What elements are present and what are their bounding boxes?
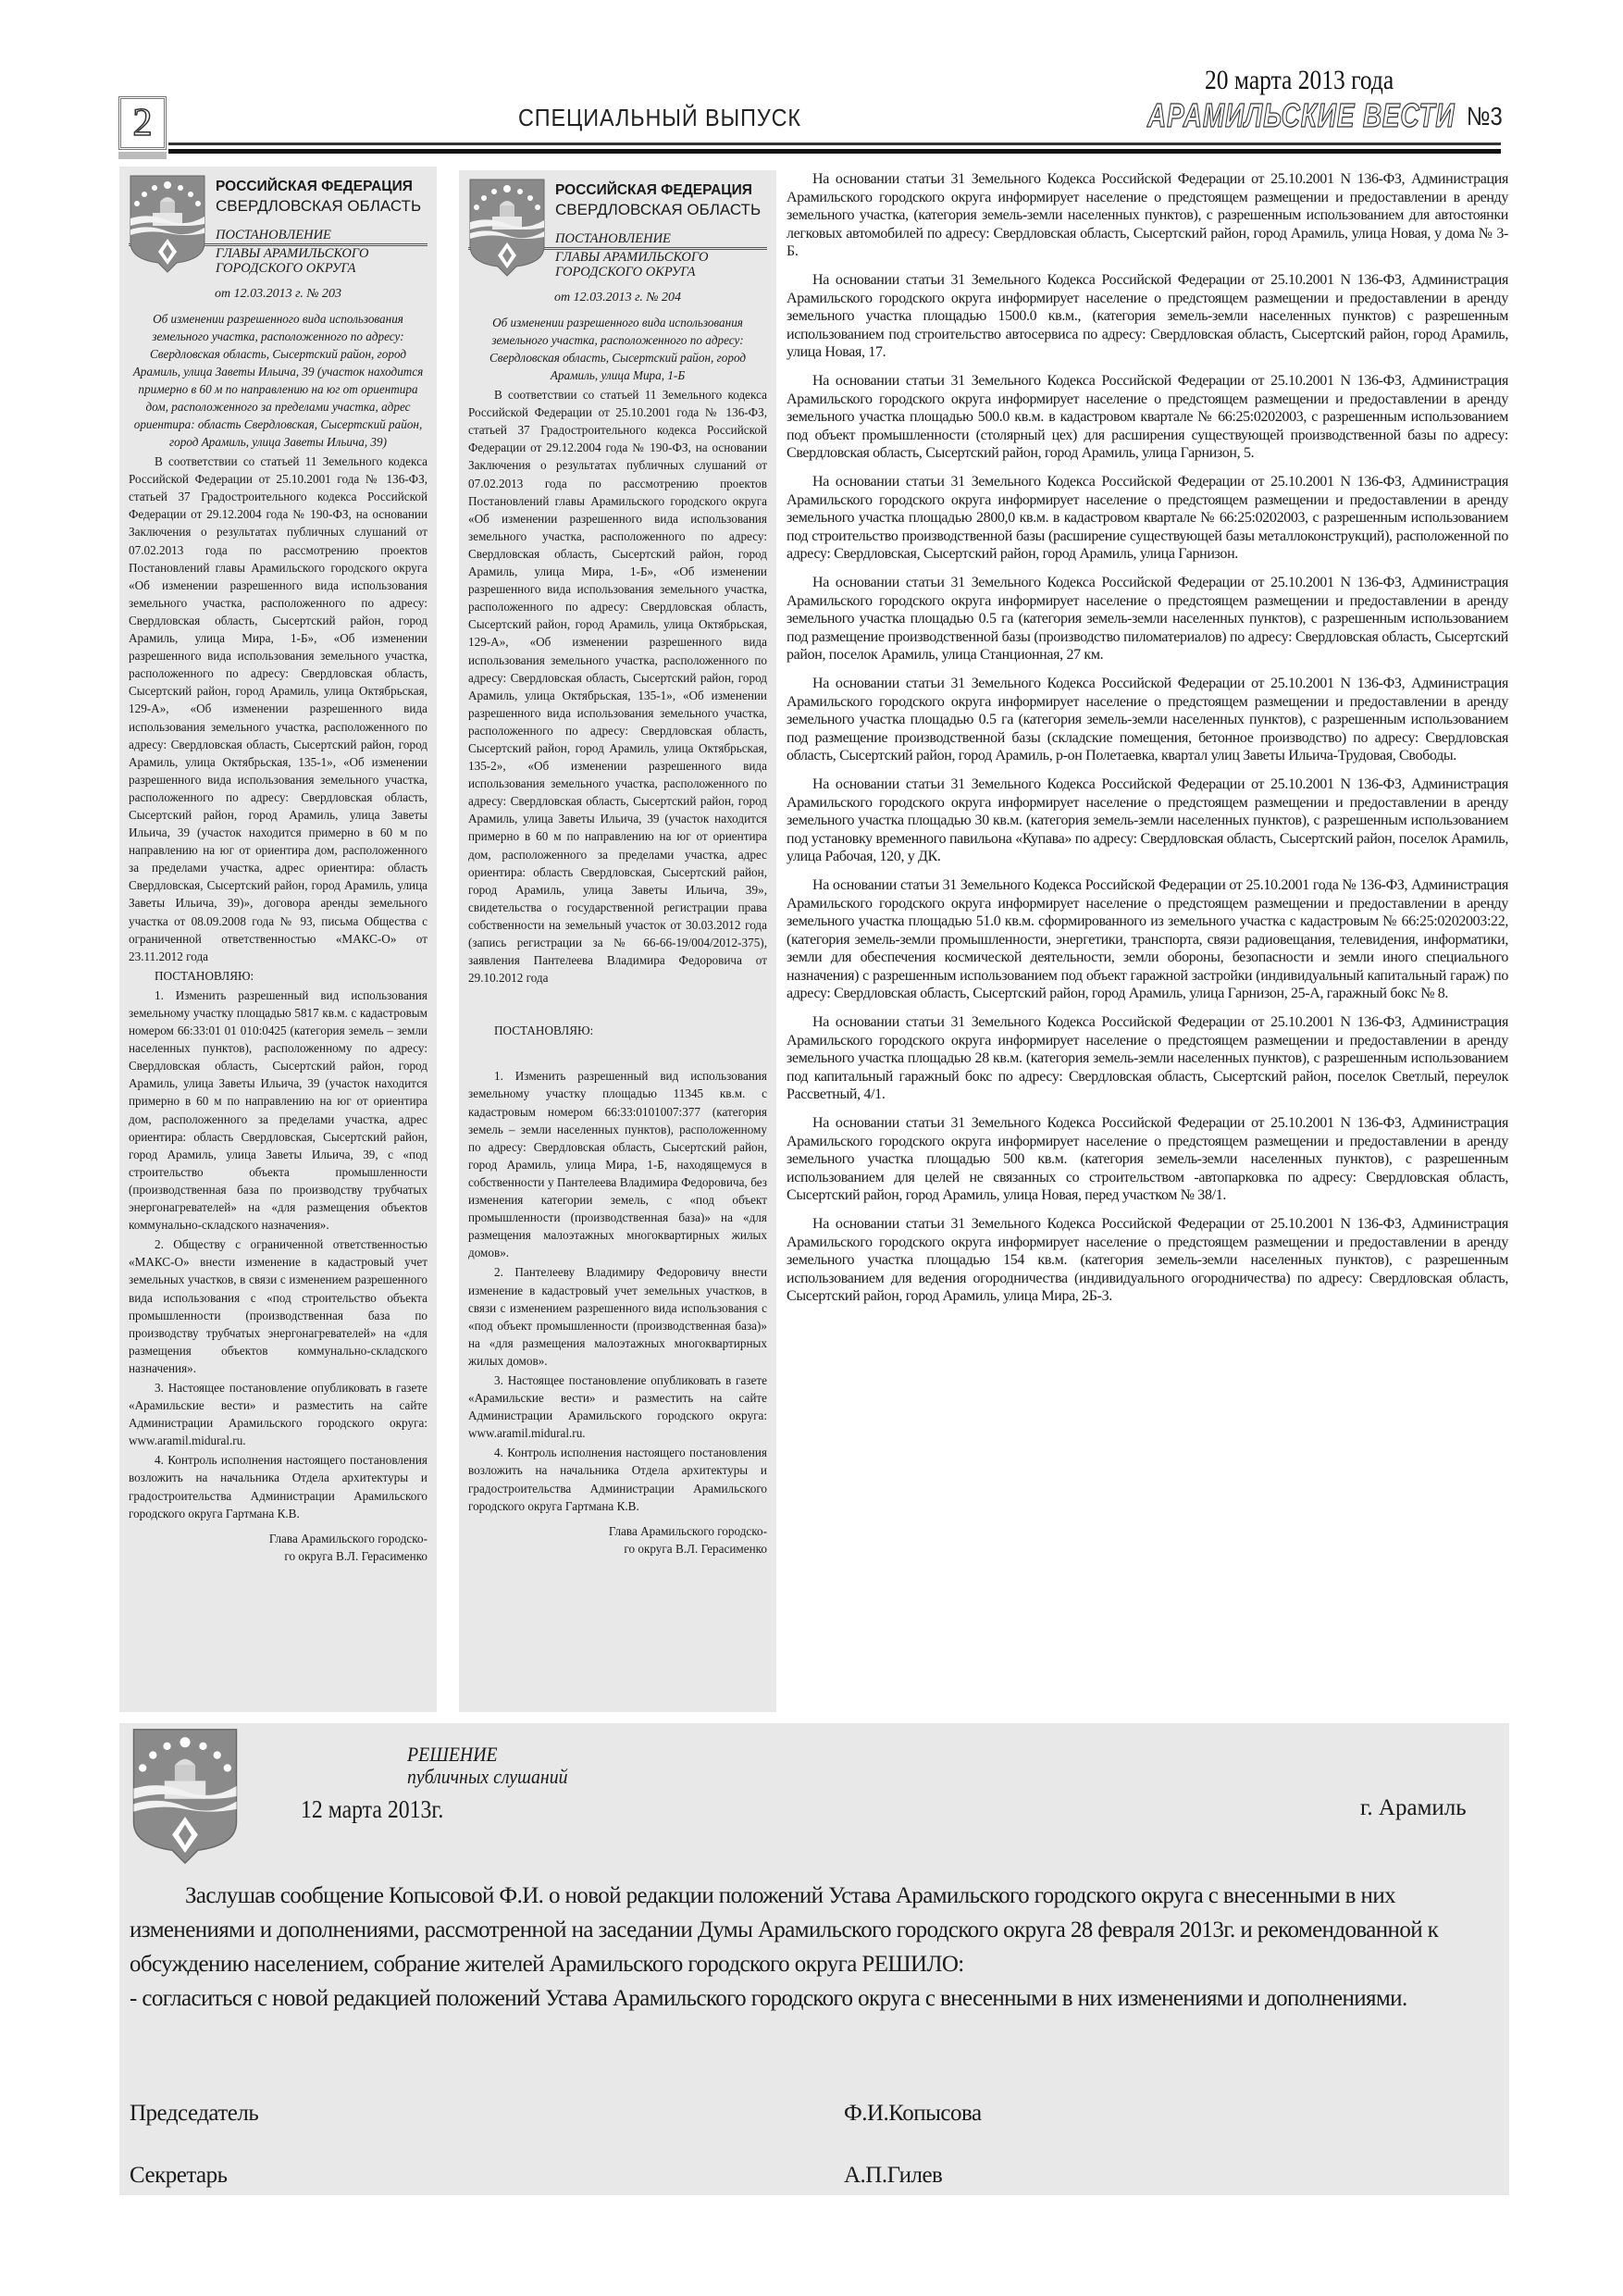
decree-item: 1. Изменить разрешенный вид использовани…	[129, 987, 427, 1234]
issue-date: 20 марта 2013 года	[1205, 65, 1394, 96]
coat-of-arms-icon	[126, 1727, 244, 1866]
decree-item: 4. Контроль исполнения настоящего постан…	[468, 1444, 767, 1514]
signature-name-chairman: Ф.И.Копысова	[844, 2101, 982, 2127]
notice-paragraph: На основании статьи 31 Земельного Кодекс…	[787, 1114, 1508, 1205]
decree-signature: Глава Арамильского городско- го округа В…	[129, 1530, 427, 1565]
decree-date-number: от 12.03.2013 г. № 203	[129, 285, 427, 303]
decree-item: 1. Изменить разрешенный вид использовани…	[468, 1067, 767, 1261]
decree-203: РОССИЙСКАЯ ФЕДЕРАЦИЯ СВЕРДЛОВСКАЯ ОБЛАСТ…	[119, 167, 437, 1712]
header-rule-thick	[168, 149, 1501, 154]
decree-resolve: ПОСТАНОВЛЯЮ:	[129, 967, 427, 985]
resolution-title: РЕШЕНИЕ	[407, 1744, 568, 1766]
decree-item: 4. Контроль исполнения настоящего постан…	[129, 1451, 427, 1521]
page-number: 2	[118, 96, 167, 150]
resolution-text: Заслушав сообщение Копысовой Ф.И. о ново…	[130, 1879, 1490, 1981]
newspaper-title: АРАМИЛЬСКИЕ ВЕСТИ	[1147, 96, 1455, 135]
resolution-date: 12 марта 2013г.	[301, 1795, 443, 1824]
decree-item: 2. Пантелееву Владимиру Федоровичу внест…	[468, 1263, 767, 1370]
issue-number: №3	[1467, 102, 1503, 131]
signature-line2: го округа В.Л. Герасименко	[129, 1547, 427, 1565]
decree-subject: Об изменении разрешенного вида использов…	[468, 314, 767, 384]
notice-paragraph: На основании статьи 31 Земельного Кодекс…	[787, 372, 1508, 463]
signature-line2: го округа В.Л. Герасименко	[468, 1540, 767, 1558]
notice-paragraph: На основании статьи 31 Земельного Кодекс…	[787, 1215, 1508, 1306]
coat-of-arms-icon	[129, 174, 206, 274]
signature-role-chairman: Председатель	[130, 2101, 258, 2127]
decree-preamble: В соответствии со статьей 11 Земельного …	[468, 386, 767, 987]
coat-of-arms-icon	[468, 178, 546, 278]
resolution-body: Заслушав сообщение Копысовой Ф.И. о ново…	[130, 1879, 1490, 2016]
notice-paragraph: На основании статьи 31 Земельного Кодекс…	[787, 876, 1508, 1003]
resolution-decision: - согласиться с новой редакцией положени…	[130, 1981, 1490, 2016]
header-rule-thin	[168, 143, 1501, 145]
signature-line1: Глава Арамильского городско-	[468, 1522, 767, 1540]
decree-item: 2. Обществу с ограниченной ответственнос…	[129, 1235, 427, 1377]
resolution-heading: РЕШЕНИЕ публичных слушаний	[407, 1744, 568, 1788]
decree-preamble: В соответствии со статьей 11 Земельного …	[129, 453, 427, 965]
signature-name-secretary: А.П.Гилев	[844, 2163, 942, 2189]
section-title: СПЕЦИАЛЬНЫЙ ВЫПУСК	[518, 104, 801, 132]
decree-204: РОССИЙСКАЯ ФЕДЕРАЦИЯ СВЕРДЛОВСКАЯ ОБЛАСТ…	[459, 170, 776, 1712]
decree-item: 3. Настоящее постановление опубликовать …	[468, 1371, 767, 1442]
notice-paragraph: На основании статьи 31 Земельного Кодекс…	[787, 776, 1508, 866]
notice-paragraph: На основании статьи 31 Земельного Кодекс…	[787, 574, 1508, 664]
land-notices: На основании статьи 31 Земельного Кодекс…	[787, 170, 1508, 1316]
notice-paragraph: На основании статьи 31 Земельного Кодекс…	[787, 271, 1508, 362]
signature-role-secretary: Секретарь	[130, 2163, 228, 2189]
resolution-city: г. Арамиль	[1360, 1795, 1467, 1821]
decree-date-number: от 12.03.2013 г. № 204	[468, 289, 767, 306]
decree-signature: Глава Арамильского городско- го округа В…	[468, 1522, 767, 1558]
decree-resolve: ПОСТАНОВЛЯЮ:	[468, 1022, 767, 1039]
notice-paragraph: На основании статьи 31 Земельного Кодекс…	[787, 170, 1508, 261]
notice-paragraph: На основании статьи 31 Земельного Кодекс…	[787, 675, 1508, 765]
decree-item: 3. Настоящее постановление опубликовать …	[129, 1379, 427, 1449]
resolution-subtitle: публичных слушаний	[407, 1766, 568, 1788]
page-number-underbar	[118, 152, 167, 159]
notice-paragraph: На основании статьи 31 Земельного Кодекс…	[787, 473, 1508, 564]
signature-line1: Глава Арамильского городско-	[129, 1530, 427, 1547]
decree-subject: Об изменении разрешенного вида использов…	[129, 310, 427, 451]
notice-paragraph: На основании статьи 31 Земельного Кодекс…	[787, 1013, 1508, 1104]
